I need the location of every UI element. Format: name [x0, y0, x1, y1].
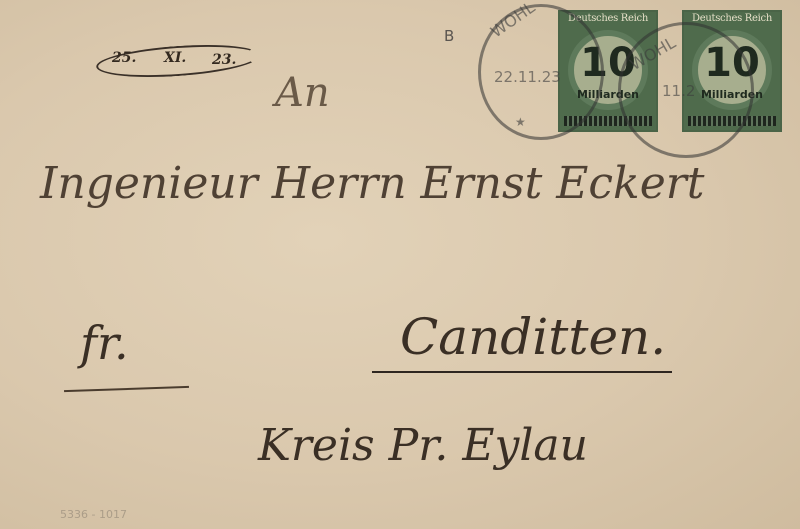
pencil-mark: B: [444, 27, 454, 45]
date-year: 23.: [212, 52, 236, 68]
postmark-star-icon: ★: [515, 115, 526, 129]
date-day: 25.: [112, 50, 136, 66]
address-prefix: fr.: [80, 316, 129, 370]
date-month: XI.: [164, 50, 186, 66]
postmark-date: 11.2: [662, 82, 695, 100]
address-line-3: Kreis Pr. Eylau: [258, 420, 588, 471]
address-town: Canditten.: [400, 308, 666, 366]
postmark-date: 22.11.23: [494, 68, 561, 86]
salutation: An: [275, 70, 330, 116]
pencil-footer-note: 5336 - 1017: [60, 508, 127, 521]
envelope: Deutsches Reich 10 Milliarden Deutsches …: [0, 0, 800, 529]
prefix-underline: [64, 386, 189, 392]
address-line-1: Ingenieur Herrn Ernst Eckert: [40, 158, 704, 209]
town-underline: [372, 371, 672, 373]
